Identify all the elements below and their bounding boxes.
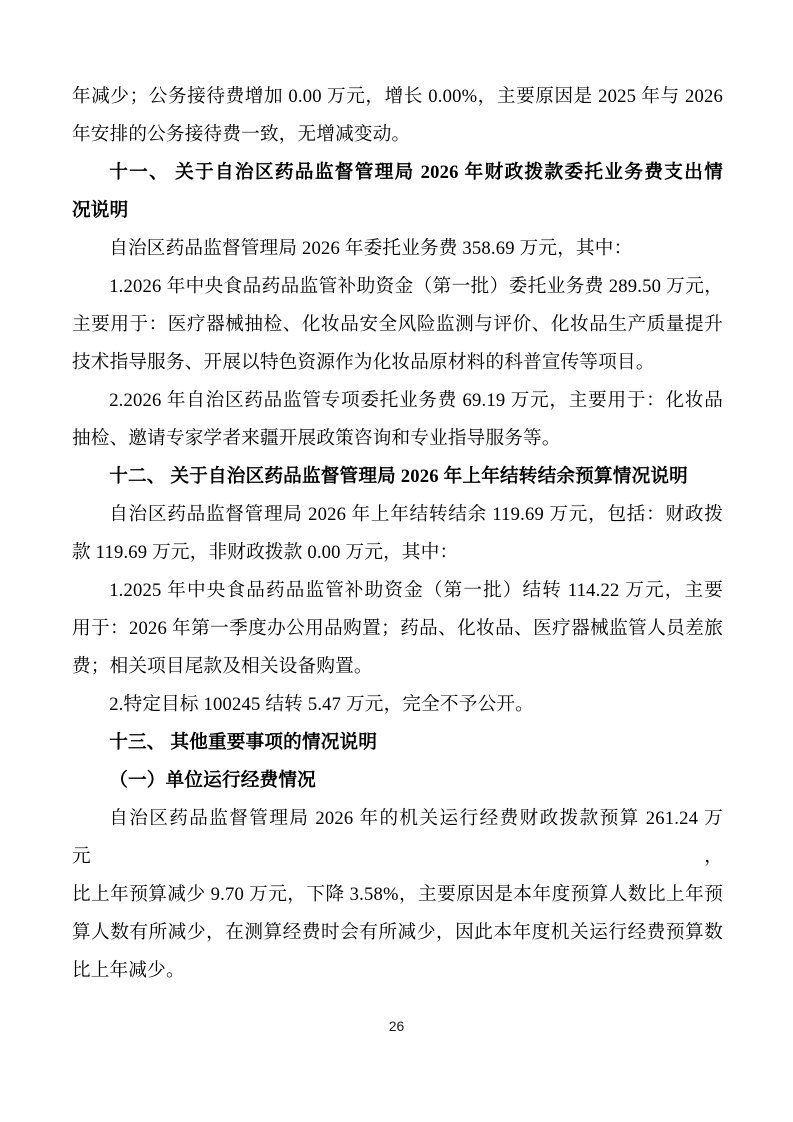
- paragraph-line: 用于：2026 年第一季度办公用品购置；药品、化妆品、医疗器械监管人员差旅: [72, 610, 723, 648]
- paragraph-line: 费；相关项目尾款及相关设备购置。: [72, 648, 723, 686]
- heading-section-12: 十二、 关于自治区药品监督管理局 2026 年上年结转结余预算情况说明: [72, 458, 723, 496]
- paragraph-line: 2.2026 年自治区药品监管专项委托业务费 69.19 万元，主要用于：化妆品: [72, 382, 723, 420]
- page-number: 26: [0, 1018, 793, 1034]
- paragraph-line: 款 119.69 万元，非财政拨款 0.00 万元，其中：: [72, 534, 723, 572]
- paragraph-line: 算人数有所减少，在测算经费时会有所减少，因此本年度机关运行经费预算数: [72, 914, 723, 952]
- heading-section-11: 十一、 关于自治区药品监督管理局 2026 年财政拨款委托业务费支出情: [72, 154, 723, 192]
- paragraph-line: 比上年预算减少 9.70 万元，下降 3.58%，主要原因是本年度预算人数比上年…: [72, 876, 723, 914]
- heading-subsection-1: （一）单位运行经费情况: [72, 762, 723, 800]
- document-page: 年减少；公务接待费增加 0.00 万元，增长 0.00%，主要原因是 2025 …: [0, 0, 793, 1122]
- paragraph-line: 自治区药品监督管理局 2026 年上年结转结余 119.69 万元，包括：财政拨: [72, 496, 723, 534]
- paragraph-line: 2.特定目标 100245 结转 5.47 万元，完全不予公开。: [72, 686, 723, 724]
- paragraph-line: 抽检、邀请专家学者来疆开展政策咨询和专业指导服务等。: [72, 420, 723, 458]
- paragraph-line: 1.2025 年中央食品药品监管补助资金（第一批）结转 114.22 万元，主要: [72, 572, 723, 610]
- paragraph-line: 主要用于：医疗器械抽检、化妆品安全风险监测与评价、化妆品生产质量提升: [72, 306, 723, 344]
- paragraph-line: 自治区药品监督管理局 2026 年委托业务费 358.69 万元，其中：: [72, 230, 723, 268]
- paragraph-line: 自治区药品监督管理局 2026 年的机关运行经费财政拨款预算 261.24 万元…: [72, 800, 723, 876]
- paragraph-line: 比上年减少。: [72, 952, 723, 990]
- heading-section-11: 况说明: [72, 192, 723, 230]
- heading-section-13: 十三、 其他重要事项的情况说明: [72, 724, 723, 762]
- paragraph-line: 1.2026 年中央食品药品监管补助资金（第一批）委托业务费 289.50 万元…: [72, 268, 723, 306]
- paragraph-line: 年安排的公务接待费一致，无增减变动。: [72, 116, 723, 154]
- paragraph-line: 年减少；公务接待费增加 0.00 万元，增长 0.00%，主要原因是 2025 …: [72, 78, 723, 116]
- paragraph-line: 技术指导服务、开展以特色资源作为化妆品原材料的科普宣传等项目。: [72, 344, 723, 382]
